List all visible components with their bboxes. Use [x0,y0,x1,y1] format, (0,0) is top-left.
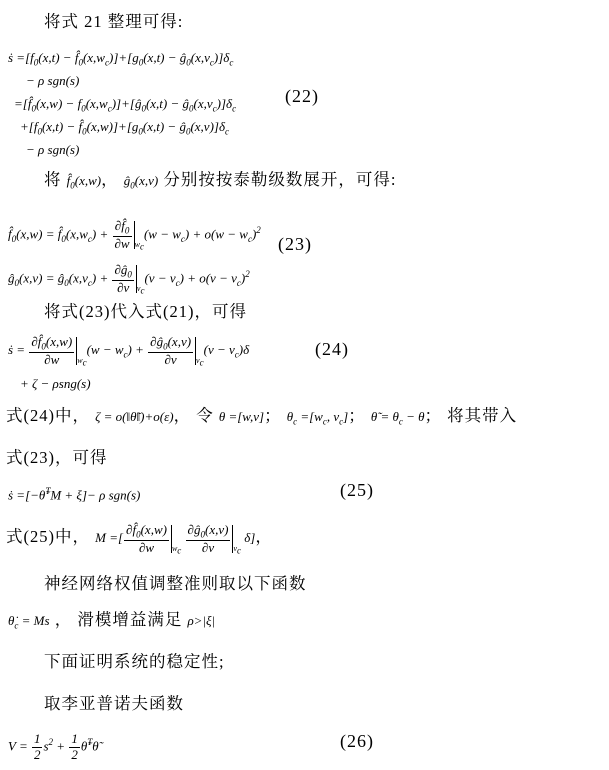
math-line: − ρ sgn(s) [8,69,236,92]
equation-24: ṡ = ∂f̂0(x,w)∂wwc(w − wc) + ∂ĝ0(x,v)∂vvc… [8,328,249,395]
math-line: ĝ0(x,v) = ĝ0(x,vc) + ∂ĝ0∂vvc(v − vc) + o… [8,252,261,296]
paragraph-adaptive-law-gain: θ̇c = Ms ， 滑模增益满足 ρ>|ξ| [8,606,215,631]
document-page: 将式 21 整理可得: ṡ =[f0(x,t) − f̂0(x,wc)]+[g0… [0,0,609,770]
math-line: − ρ sgn(s) [8,138,236,161]
math-line: =[f̂0(x,w) − f0(x,wc)]+[ĝ0(x,t) − ĝ0(x,v… [8,92,236,115]
paragraph-eq24-definitions: 式(24)中， ζ = o(‖θ̃‖)+o(ε)， 令 θ =[w,v]； θc… [6,402,517,427]
equation-number-24: (24) [315,339,349,360]
equation-23: f̂0(x,w) = f̂0(x,wc) + ∂f̂0∂wwc(w − wc) … [8,208,261,296]
equation-number-23: (23) [278,234,312,255]
equation-number-26: (26) [340,731,374,752]
math-line: +[f0(x,t) − f̂0(x,w)]+[g0(x,t) − ĝ0(x,v)… [8,115,236,138]
math-line: f̂0(x,w) = f̂0(x,wc) + ∂f̂0∂wwc(w − wc) … [8,208,261,252]
paragraph-substitute-23-into-21: 将式(23)代入式(21)，可得 [44,298,247,322]
paragraph-eq23-result: 式(23)，可得 [6,444,108,468]
math-line: ṡ =[−θ̃TM + ξ]− ρ sgn(s) [8,480,140,503]
equation-25: ṡ =[−θ̃TM + ξ]− ρ sgn(s) (25) [8,480,140,503]
equation-26: V = 12s2 + 12θ̃Tθ̃ (26) [8,722,99,762]
equation-22: ṡ =[f0(x,t) − f̂0(x,wc)]+[g0(x,t) − ĝ0(x… [8,46,236,161]
paragraph-eq25-M-definition: 式(25)中， M =[∂f̂0(x,w)∂wwc ∂ĝ0(x,v)∂vvc δ… [6,514,273,565]
paragraph-nn-weight-rule: 神经网络权值调整准则取以下函数 [44,570,307,594]
math-line: V = 12s2 + 12θ̃Tθ̃ [8,722,99,762]
paragraph-taylor-expansion: 将 f̂0(x,w)， ĝ0(x,v) 分别按按泰勒级数展开，可得: [44,166,396,200]
math-line: + ζ − ρsng(s) [8,372,249,395]
math-line: ṡ =[f0(x,t) − f̂0(x,wc)]+[g0(x,t) − ĝ0(x… [8,46,236,69]
math-line: ṡ = ∂f̂0(x,w)∂wwc(w − wc) + ∂ĝ0(x,v)∂vvc… [8,328,249,372]
equation-number-25: (25) [340,480,374,501]
paragraph-lyapunov-function: 取李亚普诺夫函数 [44,690,184,714]
paragraph-rearrange-eq21: 将式 21 整理可得: [44,8,183,32]
paragraph-stability-proof: 下面证明系统的稳定性; [44,648,225,672]
equation-number-22: (22) [285,86,319,107]
